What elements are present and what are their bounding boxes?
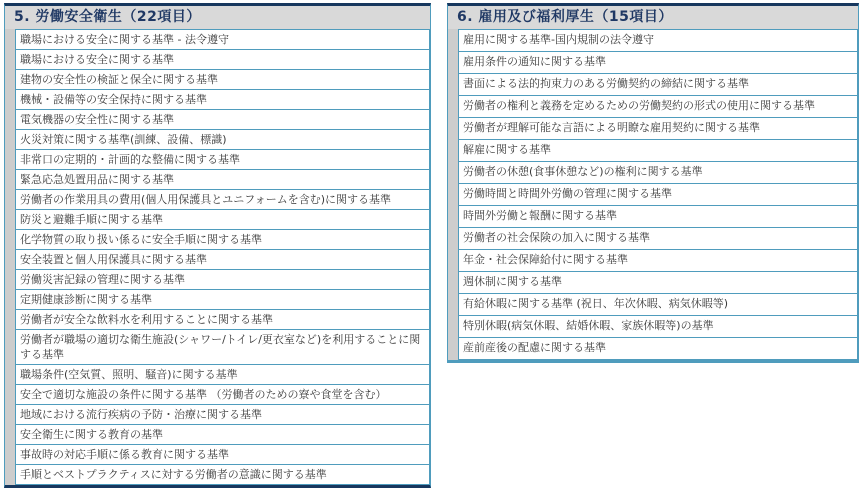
table-row: 有給休暇に関する基準 (祝日、年次休暇、病気休暇等) <box>458 294 858 316</box>
table-row: 労働者の社会保険の加入に関する基準 <box>458 228 858 250</box>
table-row: 雇用に関する基準-国内規制の法令遵守 <box>458 29 858 52</box>
table-row: 安全衛生に関する教育の基準 <box>15 425 430 445</box>
table-row: 定期健康診断に関する基準 <box>15 290 430 310</box>
table-row: 労働者が職場の適切な衛生施設(シャワー/トイレ/更衣室など)を利用することに関す… <box>15 330 430 365</box>
table-row: 時間外労働と報酬に関する基準 <box>458 206 858 228</box>
table-row: 労働者の休憩(食事休憩など)の権利に関する基準 <box>458 162 858 184</box>
table-row: 機械・設備等の安全保持に関する基準 <box>15 90 430 110</box>
table-row: 安全で適切な施設の条件に関する基準 （労働者のための寮や食堂を含む） <box>15 385 430 405</box>
table-row: 緊急応急処置用品に関する基準 <box>15 170 430 190</box>
table-row: 雇用条件の通知に関する基準 <box>458 52 858 74</box>
table-row: 産前産後の配慮に関する基準 <box>458 338 858 360</box>
table-row: 非常口の定期的・計画的な整備に関する基準 <box>15 150 430 170</box>
table-row: 労働時間と時間外労働の管理に関する基準 <box>458 184 858 206</box>
table-row: 書面による法的拘束力のある労働契約の締結に関する基準 <box>458 74 858 96</box>
table-row: 職場における安全に関する基準 - 法令遵守 <box>15 29 430 50</box>
table-row: 年金・社会保障給付に関する基準 <box>458 250 858 272</box>
labor-safety-table-body: 職場における安全に関する基準 - 法令遵守職場における安全に関する基準建物の安全… <box>15 29 430 485</box>
employment-welfare-table: 6. 雇用及び福利厚生（15項目） 雇用に関する基準-国内規制の法令遵守雇用条件… <box>447 3 859 363</box>
table-row: 労働災害記録の管理に関する基準 <box>15 270 430 290</box>
table-row: 職場における安全に関する基準 <box>15 50 430 70</box>
table-row: 労働者の権利と義務を定めるための労働契約の形式の使用に関する基準 <box>458 96 858 118</box>
table-row: 労働者が理解可能な言語による明瞭な雇用契約に関する基準 <box>458 118 858 140</box>
table-row: 週休制に関する基準 <box>458 272 858 294</box>
table-row: 火災対策に関する基準(訓練、設備、標識) <box>15 130 430 150</box>
employment-welfare-table-title: 6. 雇用及び福利厚生（15項目） <box>448 6 858 29</box>
table-row: 特別休暇(病気休暇、結婚休暇、家族休暇等)の基準 <box>458 316 858 338</box>
table-row: 安全装置と個人用保護具に関する基準 <box>15 250 430 270</box>
table-row: 地域における流行疾病の予防・治療に関する基準 <box>15 405 430 425</box>
table-row: 事故時の対応手順に係る教育に関する基準 <box>15 445 430 465</box>
table-row: 職場条件(空気質、照明、騒音)に関する基準 <box>15 365 430 385</box>
employment-welfare-table-body: 雇用に関する基準-国内規制の法令遵守雇用条件の通知に関する基準書面による法的拘束… <box>458 29 858 360</box>
table-row: 防災と避難手順に関する基準 <box>15 210 430 230</box>
labor-safety-table: 5. 労働安全衛生（22項目） 職場における安全に関する基準 - 法令遵守職場に… <box>4 3 431 488</box>
table-row: 労働者が安全な飲料水を利用することに関する基準 <box>15 310 430 330</box>
labor-safety-table-title: 5. 労働安全衛生（22項目） <box>5 6 430 29</box>
page: 5. 労働安全衛生（22項目） 職場における安全に関する基準 - 法令遵守職場に… <box>0 0 860 495</box>
table-row: 労働者の作業用具の費用(個人用保護具とユニフォームを含む)に関する基準 <box>15 190 430 210</box>
table-row: 解雇に関する基準 <box>458 140 858 162</box>
table-row: 電気機器の安全性に関する基準 <box>15 110 430 130</box>
table-row: 建物の安全性の検証と保全に関する基準 <box>15 70 430 90</box>
table-row: 手順とベストプラクティスに対する労働者の意識に関する基準 <box>15 465 430 485</box>
table-row: 化学物質の取り扱い係るに安全手順に関する基準 <box>15 230 430 250</box>
